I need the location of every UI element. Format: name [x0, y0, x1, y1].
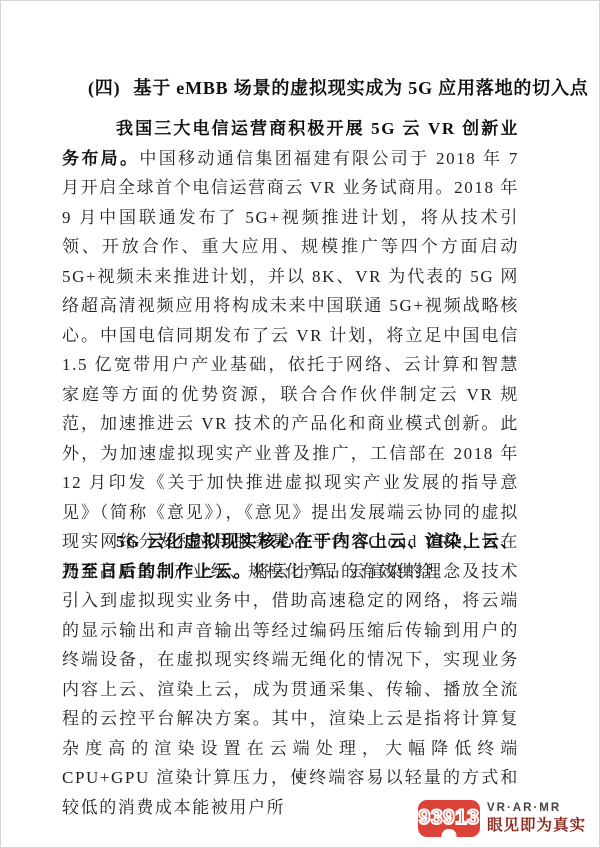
brand-taglines: VR·AR·MR 眼见即为真实: [487, 802, 586, 834]
watermark-logo: 93913 VR·AR·MR 眼见即为真实: [418, 800, 586, 837]
paragraph-1-body-text: 中国移动通信集团福建有限公司于 2018 年 7 月开启全球首个电信运营商云 V…: [62, 149, 519, 581]
document-page: (四)基于 eMBB 场景的虚拟现实成为 5G 应用落地的切入点 我国三大电信运…: [0, 0, 600, 848]
section-title: 基于 eMBB 场景的虚拟现实成为 5G 应用落地的切入点: [133, 78, 588, 98]
page-number: 6: [0, 770, 600, 786]
goggles-nose-notch-icon: [442, 829, 457, 838]
brand-tagline-cn: 眼见即为真实: [487, 817, 586, 835]
brand-number: 93913: [419, 807, 480, 830]
section-number: (四): [88, 78, 120, 98]
vr-goggles-icon: 93913: [418, 800, 480, 837]
brand-tagline-en: VR·AR·MR: [487, 802, 586, 815]
section-heading: (四)基于 eMBB 场景的虚拟现实成为 5G 应用落地的切入点: [88, 74, 589, 100]
paragraph-1: 我国三大电信运营商积极开展 5G 云 VR 创新业务布局。中国移动通信集团福建有…: [62, 114, 519, 586]
